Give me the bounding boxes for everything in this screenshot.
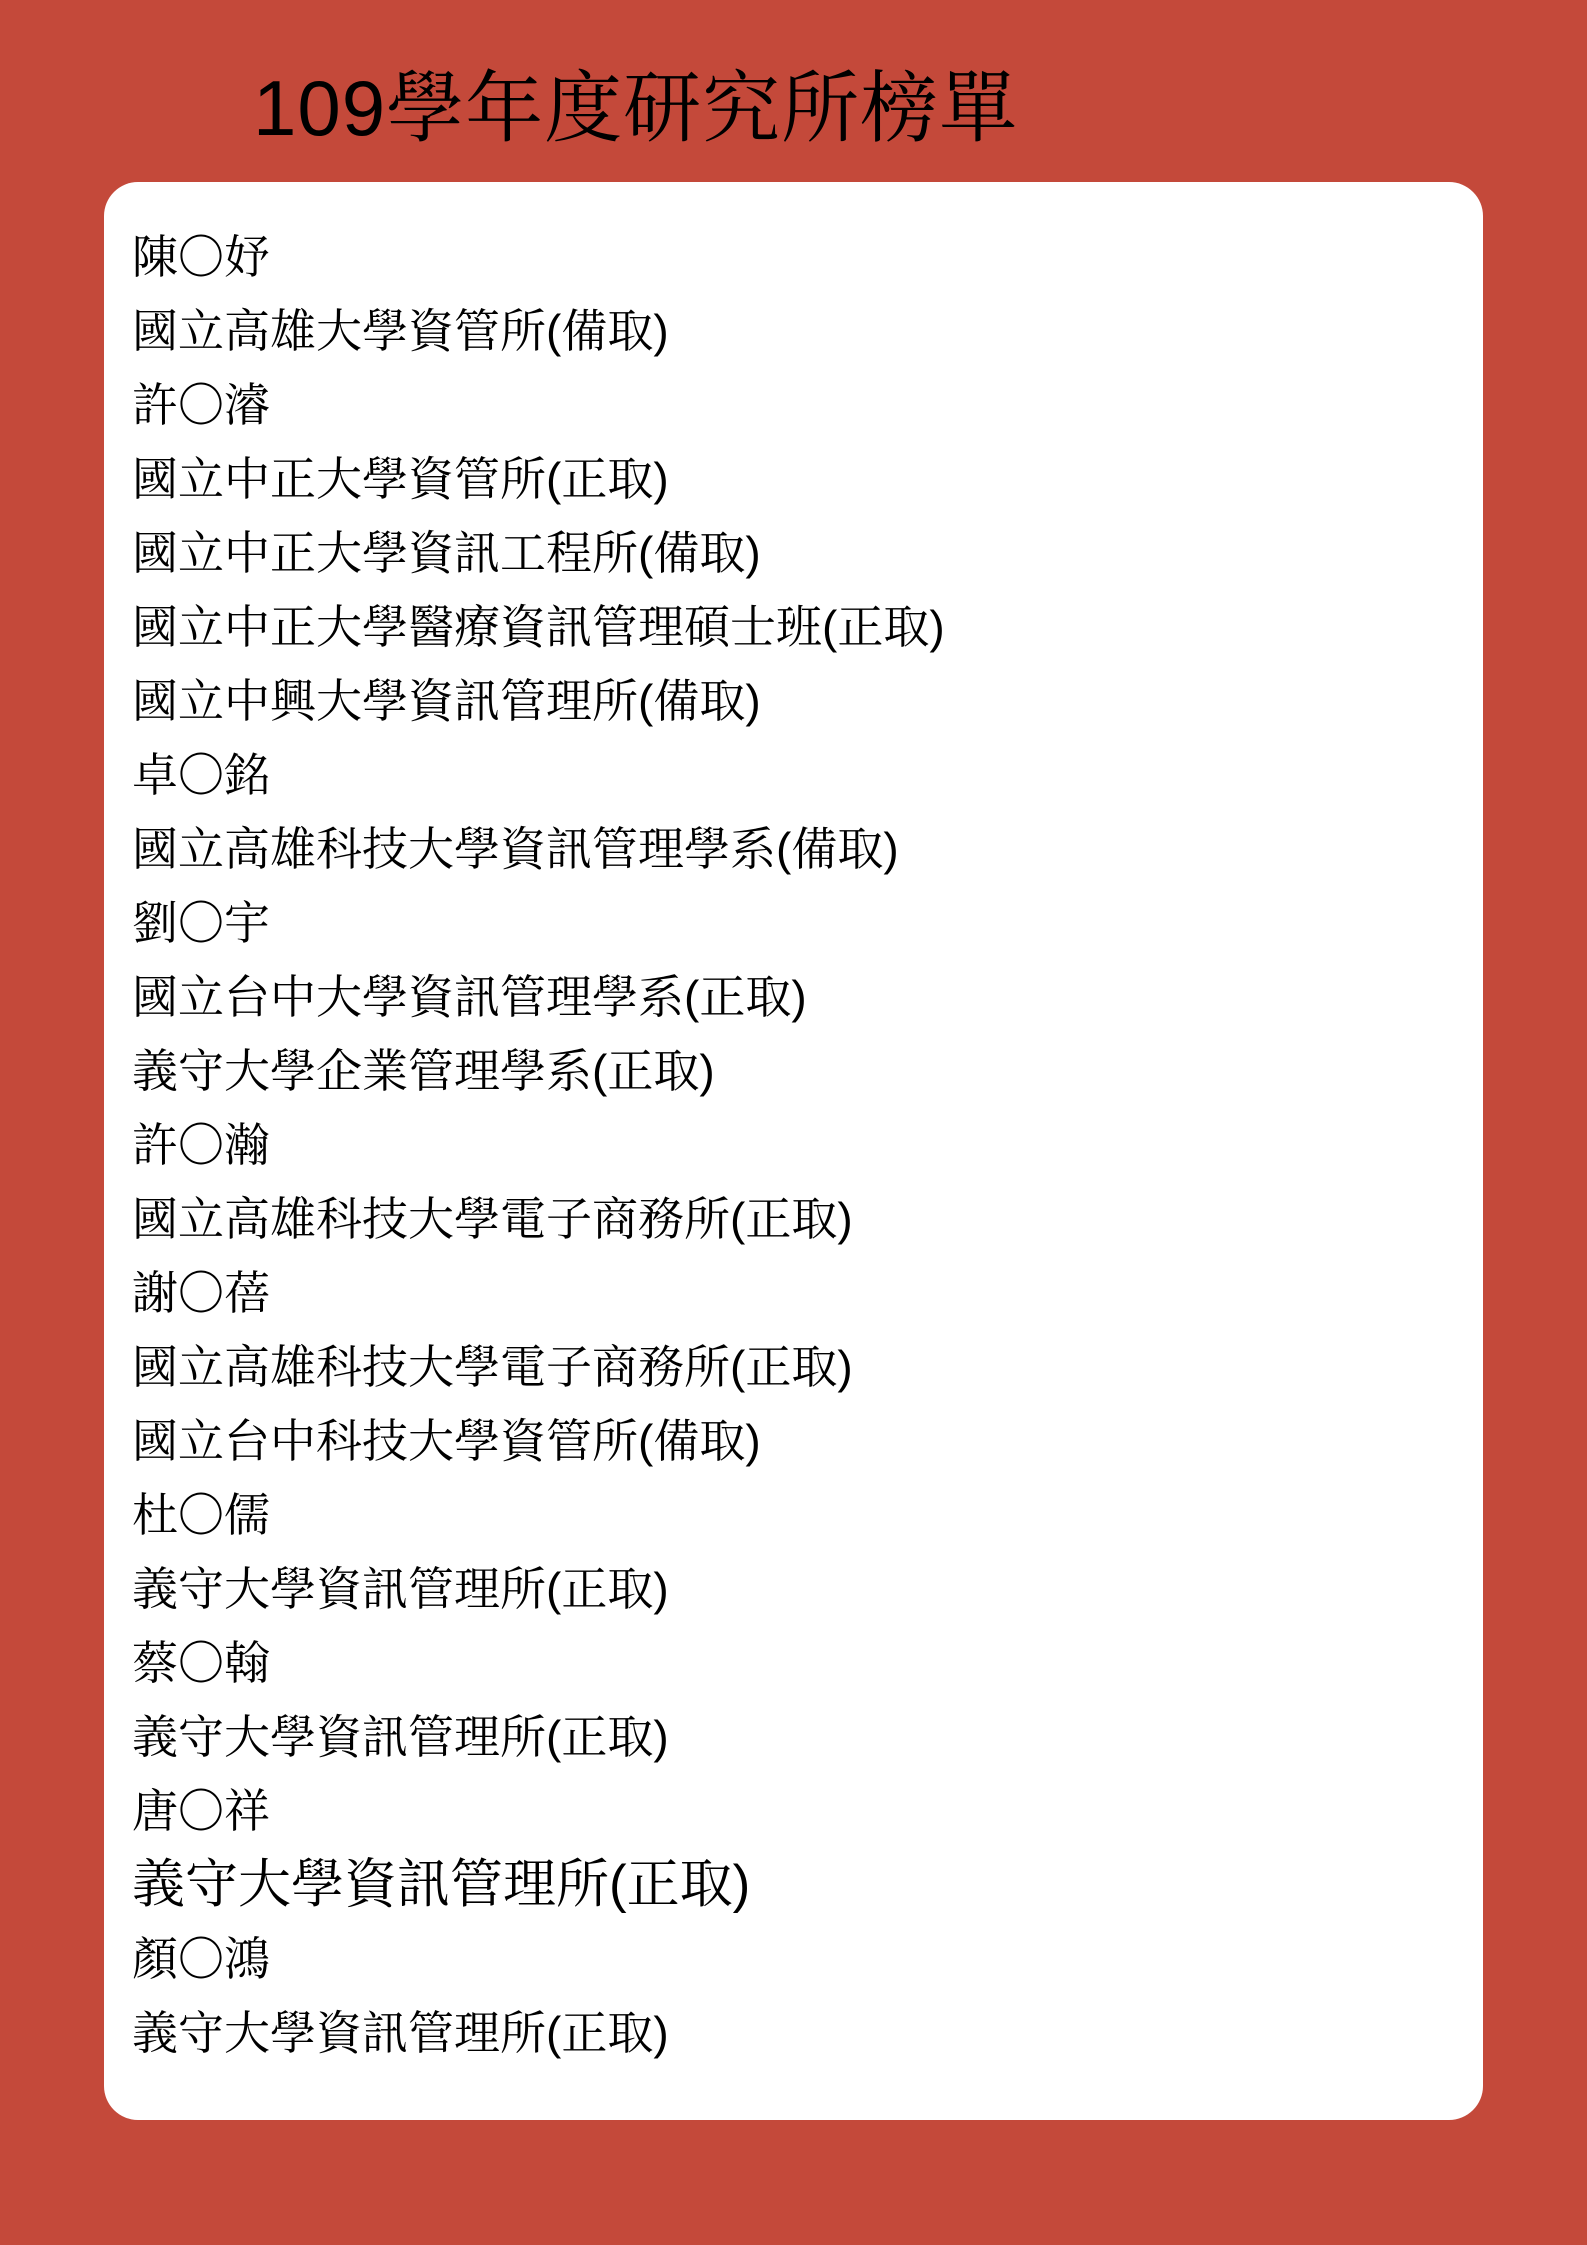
list-item-name: 謝〇蓓 (132, 1256, 1459, 1330)
list-item-result: 國立高雄科技大學資訊管理學系(備取) (132, 812, 1459, 886)
results-card: 陳〇妤國立高雄大學資管所(備取)許〇濬國立中正大學資管所(正取)國立中正大學資訊… (104, 182, 1483, 2120)
list-item-result: 國立高雄科技大學電子商務所(正取) (132, 1182, 1459, 1256)
list-item-name: 杜〇儒 (132, 1478, 1459, 1552)
list-item-result: 國立台中大學資訊管理學系(正取) (132, 960, 1459, 1034)
list-item-name: 卓〇銘 (132, 738, 1459, 812)
list-item-result: 義守大學企業管理學系(正取) (132, 1034, 1459, 1108)
list-item-name: 唐〇祥 (132, 1774, 1459, 1848)
list-item-name: 許〇濬 (132, 368, 1459, 442)
list-item-result: 國立高雄大學資管所(備取) (132, 294, 1459, 368)
list-item-result: 義守大學資訊管理所(正取) (132, 1700, 1459, 1774)
page-title: 109學年度研究所榜單 (253, 46, 1018, 158)
list-item-result: 義守大學資訊管理所(正取) (132, 1996, 1459, 2070)
list-item-name: 劉〇宇 (132, 886, 1459, 960)
list-item-result: 國立中正大學資管所(正取) (132, 442, 1459, 516)
list-item-result: 國立中正大學醫療資訊管理碩士班(正取) (132, 590, 1459, 664)
list-item-name: 陳〇妤 (132, 220, 1459, 294)
list-item-result: 義守大學資訊管理所(正取) (132, 1552, 1459, 1626)
list-item-name: 顏〇鴻 (132, 1922, 1459, 1996)
results-list: 陳〇妤國立高雄大學資管所(備取)許〇濬國立中正大學資管所(正取)國立中正大學資訊… (132, 220, 1459, 2070)
list-item-result: 國立高雄科技大學電子商務所(正取) (132, 1330, 1459, 1404)
list-item-name: 許〇瀚 (132, 1108, 1459, 1182)
list-item-name: 蔡〇翰 (132, 1626, 1459, 1700)
list-item-result: 國立台中科技大學資管所(備取) (132, 1404, 1459, 1478)
list-item-result: 國立中興大學資訊管理所(備取) (132, 664, 1459, 738)
list-item-result: 義守大學資訊管理所(正取) (132, 1848, 1459, 1922)
list-item-result: 國立中正大學資訊工程所(備取) (132, 516, 1459, 590)
